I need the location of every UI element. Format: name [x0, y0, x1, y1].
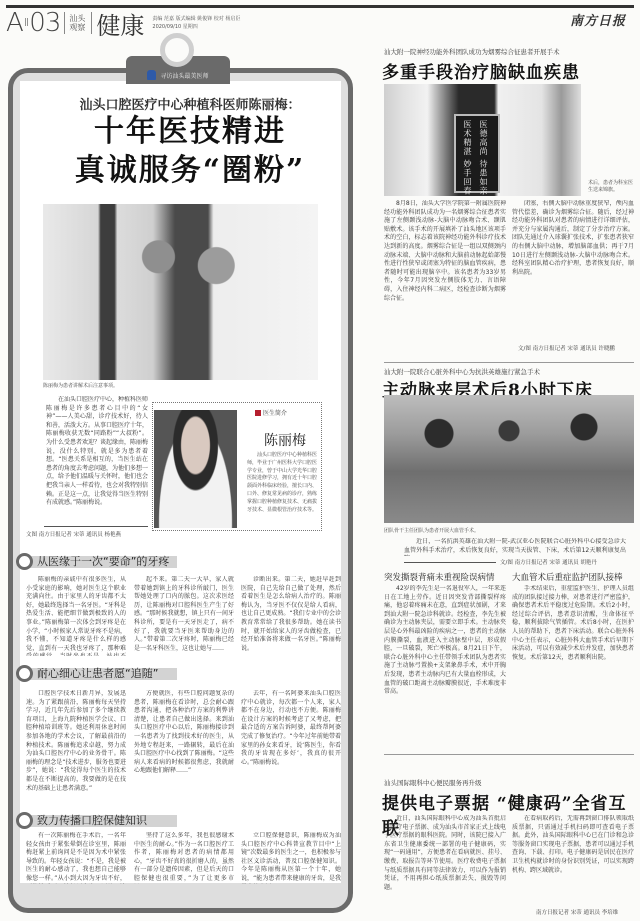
circle-icon — [16, 812, 33, 829]
section-col: 陈丽梅的亲戚中有很多医生，从小受家庭的影响，她对医生这个职业充满向往。由于家里人… — [26, 576, 126, 656]
section-heading: 致力传播口腔保健知识 — [16, 813, 177, 828]
circle-icon — [16, 665, 33, 682]
doctor-name: 陈丽梅 — [250, 430, 320, 450]
section-col: 立口腔保健意识，陈丽梅成为汕头口腔医疗中心科普宣教节目中“上镜”次数最多的医生之… — [241, 832, 341, 884]
section-title: 从医缘于一次“要命”的牙疼 — [29, 556, 177, 568]
byline-rule — [404, 562, 496, 563]
feature-tab-label: 寻访汕头最美医师 — [160, 71, 208, 80]
editor-credits: 责编 范嘉 版式编辑 姚俊锋 校对 杨启臣 — [152, 15, 240, 23]
section-col: 方便就医，有些口腔问题复杂的患者，陈丽梅在看诊时，总会耐心跟患者沟通，把各种治疗… — [134, 690, 234, 796]
article-col: 在看病取药后，无需再到窗口排队领取纸质票据，只需通过手机扫码即可查看电子票据。此… — [512, 815, 634, 905]
doctor-portrait — [154, 410, 237, 528]
section-name: 健康 — [96, 6, 144, 41]
feature-headline-2: 真诚服务“圈粉” — [20, 152, 360, 190]
photo-caption: 陈丽梅为患者讲解术后注意事项。 — [43, 382, 118, 389]
article-divider — [384, 754, 634, 755]
silk-banner — [454, 114, 500, 193]
feature-kicker: 汕头口腔医疗中心种植科医师陈丽梅： — [30, 94, 350, 113]
article-col: 近日，汕头国际眼科中心成为汕头首批启用医疗电子票据、成为汕头市首家正式上线电子医… — [384, 815, 506, 915]
dental-consult-photo — [43, 204, 318, 380]
photo-caption: 团队骨干主任团队为患者开展大血管手术。 — [384, 527, 479, 534]
feature-byline: 文图 南方日报记者 宋蒂 通讯员 杨艳燕 — [26, 530, 121, 538]
profile-tag-label: 医生简介 — [263, 408, 287, 417]
red-square-icon — [255, 410, 261, 416]
page-prefix: A — [6, 8, 23, 38]
article-headline: 多重手段治疗脑缺血疾患 — [382, 58, 580, 83]
subsection-title: 突发撕裂背痛未重视险误病情 — [384, 571, 495, 583]
column-label: 汕头观察 — [69, 14, 87, 32]
byline-rule — [44, 526, 148, 527]
section-col: 口腔医学技术日新月异，发展迅速。为了紧跟前沿，陈丽梅每天坚持学习，近几年先后参加… — [26, 690, 126, 796]
section-heading: 耐心细心让患者愿“追随” — [16, 666, 177, 681]
page-roman: II — [24, 16, 29, 29]
section-col: 起不来。第二天一大早，家人就带着她到镇上的牙科诊所敲门，医生帮她处理了口内的脓包… — [134, 576, 234, 656]
article-summary: 近日，一名抗洪英雄在汕大附一院-武汉亚心医院联合心脏外科中心接受急诊大血管外科手… — [404, 538, 626, 556]
feature-headline-1: 十年医技精进 — [20, 113, 360, 151]
profile-tag: 医生简介 — [255, 408, 287, 417]
article-kicker: 汕大附一院神经功能外科团队成功为烟雾综合征患者开展手术 — [384, 47, 560, 56]
issue-date: 2020/09/10 星期四 — [152, 23, 240, 31]
clipboard-ring-icon — [160, 33, 194, 67]
article-kicker: 汕头国际眼科中心便民服务再升级 — [384, 778, 482, 787]
page-meta: 责编 范嘉 版式编辑 姚俊锋 校对 杨启臣 2020/09/10 星期四 — [152, 15, 240, 31]
article-col: 8月8日，汕头大学医学院第一附属医院神经功能外科团队成功为一名烟雾综合征患者实施… — [384, 200, 506, 360]
article-kicker: 汕大附一院联合心脏外科中心为抗洪英雄施行紧急手术 — [384, 367, 540, 376]
section-col: 去年，有一名阿婆来汕头口腔医疗中心就诊，每次都一个人来，家人都不在身边，行动也不… — [241, 690, 341, 796]
article-col: 手术结束后，重症监护医生、护理人员组成的团队接过接力棒，对患者进行严密监护，确保… — [512, 585, 634, 748]
section-col: 坚持了这么多年，我也很感谢术中医生的耐心。”作为一名口腔医疗工作者，陈丽梅对患者… — [134, 832, 234, 884]
feature-intro: 在汕头口腔医疗中心，种植科医师陈丽梅是许多患者心目中的“女神”——人美心甜，诊疗… — [46, 396, 148, 520]
subsection-title: 大血管术后重症监护团队接棒 — [512, 571, 623, 583]
section-title: 耐心细心让患者愿“追随” — [29, 668, 177, 680]
section-title: 致力传播口腔保健知识 — [29, 815, 177, 827]
section-heading: 从医缘于一次“要命”的牙疼 — [16, 554, 177, 569]
article-byline: 南方日报记者 宋蒂 通讯员 李培维 — [536, 908, 618, 916]
article-col: 闭塞，右侧大脑中动脉重度狭窄，颅内血管代偿差，确诊为烟雾综合征。随后，经过神经功… — [512, 200, 634, 328]
divider — [91, 12, 92, 34]
page-digits: 03 — [29, 8, 60, 38]
photo-caption: 术后，患者为科室医生送来锦旗。 — [588, 180, 634, 194]
page-number: AII03 — [6, 10, 60, 36]
article-divider — [384, 362, 634, 363]
divider — [64, 12, 65, 34]
masthead: AII03 汕头观察 健康 责编 范嘉 版式编辑 姚俊锋 校对 杨启臣 2020… — [6, 10, 240, 36]
surgery-photo — [384, 395, 634, 523]
doctor-bio: 汕头口腔医疗中心种植科医师，毕业于广州医科大学口腔医学专业，曾于中山大学光华口腔… — [247, 452, 317, 514]
banner-text: 医术精湛 妙手回春 — [462, 120, 473, 196]
article-byline: 文/图 南方日报记者 宋蒂 通讯员 许晓鹏 — [518, 344, 615, 352]
article-col: 42岁的李先生是一名退役军人，一年来连日在工地上劳作。近日因突发背部撕裂样疼痛，… — [384, 585, 506, 748]
circle-icon — [16, 553, 33, 570]
section-col: 诊断出来。第二天，她赶早赶到医院，自己先给自己做了处理，然后看着医生是怎么给病人… — [241, 576, 341, 656]
doctor-icon — [147, 70, 156, 80]
team-photo: 医德高尚 待患如亲 医术精湛 妙手回春 — [384, 84, 581, 196]
section-col: 有一次陈丽梅在手术后，一名年轻女孩由于紧张晕倒在诊室里，陈丽梅赶紧上前询问是不是… — [26, 832, 126, 884]
article-byline: 文/图 南方日报记者 宋蒂 通讯员 胡艳丹 — [500, 558, 597, 566]
newspaper-logo: 南方日报 — [570, 10, 626, 29]
banner-text: 医德高尚 待患如亲 — [478, 120, 489, 196]
